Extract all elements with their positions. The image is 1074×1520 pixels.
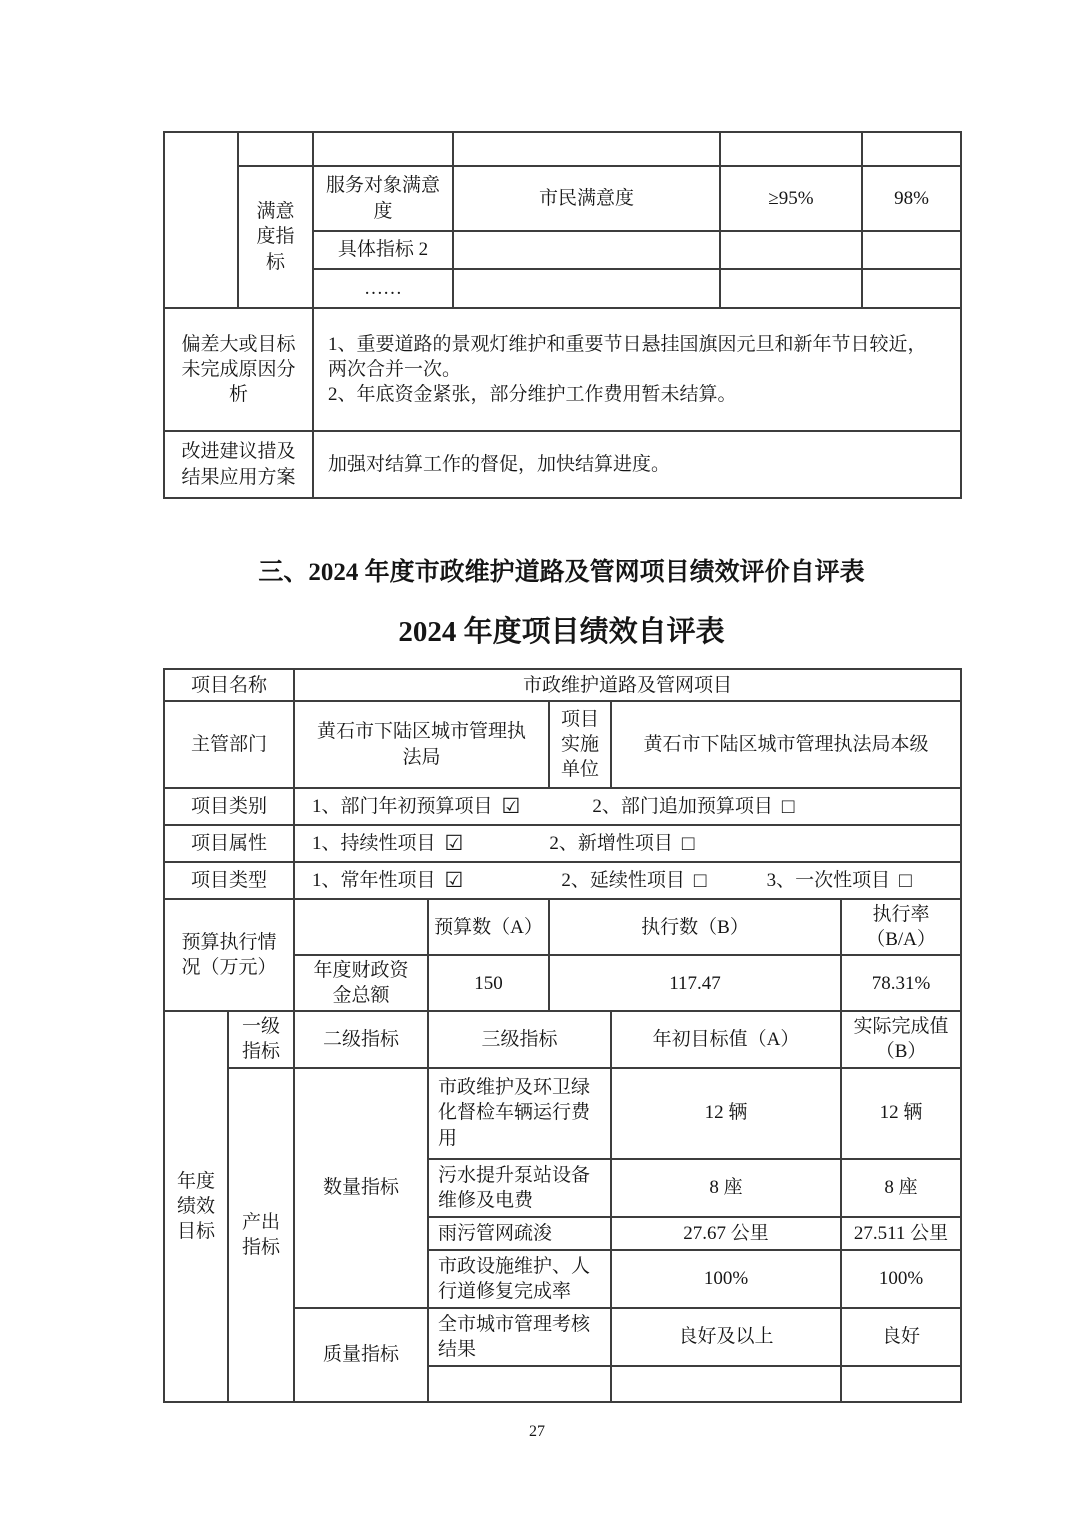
section-title: 三、2024 年度市政维护道路及管网项目绩效评价自评表 <box>163 555 960 590</box>
indicator-actual-cell <box>841 1366 961 1402</box>
indicator-name-cell: 服务对象满意度 <box>313 166 453 231</box>
type-label: 项目类型 <box>164 862 294 899</box>
unchecked-checkbox-icon: □ <box>782 796 795 817</box>
impl-unit-value: 黄石市下陆区城市管理执法局本级 <box>611 701 961 788</box>
attribute-option-1: 1、持续性项目☑ <box>312 831 463 856</box>
empty-cell <box>313 132 453 166</box>
indicator-actual-cell: 98% <box>862 166 961 231</box>
attribute-option-2: 2、新增性项目□ <box>549 831 694 856</box>
indicator-target-cell <box>720 231 862 269</box>
row-indicator-header: 年度绩效目标 一级指标 二级指标 三级指标 年初目标值（A） 实际完成值 （B） <box>164 1011 961 1067</box>
table-row-satisfaction: 满意度指标 服务对象满意度 市民满意度 ≥95% 98% <box>164 166 961 231</box>
indicator-actual-cell: 8 座 <box>841 1159 961 1217</box>
actual-header-line1: 实际完成值 <box>846 1014 956 1039</box>
row-budget-header: 预算执行情况（万元） 预算数（A） 执行数（B） 执行率 （B/A） <box>164 899 961 955</box>
level2-header: 二级指标 <box>294 1011 428 1067</box>
indicator-target-cell: 100% <box>611 1250 841 1308</box>
option-text: 2、延续性项目 <box>561 868 685 893</box>
indicator-detail-cell <box>453 231 720 269</box>
rate-header-line2: （B/A） <box>846 927 956 952</box>
type-option-1: 1、常年性项目☑ <box>312 868 463 893</box>
indicator-target-cell: 27.67 公里 <box>611 1217 841 1250</box>
indicator-name-cell: 市政设施维护、人行道修复完成率 <box>428 1250 611 1308</box>
option-text: 1、部门年初预算项目 <box>312 794 493 819</box>
satisfaction-table: 满意度指标 服务对象满意度 市民满意度 ≥95% 98% 具体指标 2 …… 偏… <box>163 131 962 499</box>
indicator-actual-cell: 12 辆 <box>841 1068 961 1159</box>
annual-fund-label: 年度财政资金总额 <box>294 955 428 1011</box>
budget-value: 150 <box>428 955 549 1011</box>
indicator-name-cell <box>428 1366 611 1402</box>
checked-checkbox-icon: ☑ <box>445 833 464 854</box>
table-row <box>164 132 961 166</box>
budget-section-label: 预算执行情况（万元） <box>164 899 294 1011</box>
indicator-detail-cell: 市民满意度 <box>453 166 720 231</box>
budget-col-header: 预算数（A） <box>428 899 549 955</box>
row-type: 项目类型 1、常年性项目☑ 2、延续性项目□ 3、一次性项目□ <box>164 862 961 899</box>
category-option-2: 2、部门追加预算项目□ <box>592 794 794 819</box>
unchecked-checkbox-icon: □ <box>682 833 695 854</box>
type-option-3: 3、一次性项目□ <box>767 868 912 893</box>
project-name-value: 市政维护道路及管网项目 <box>294 669 961 701</box>
category-options: 1、部门年初预算项目☑ 2、部门追加预算项目□ <box>294 788 961 825</box>
rate-value: 78.31% <box>841 955 961 1011</box>
attribute-options: 1、持续性项目☑ 2、新增性项目□ <box>294 825 961 862</box>
deviation-content: 1、重要道路的景观灯维护和重要节日悬挂国旗因元旦和新年节日较近，两次合并一次。 … <box>313 308 961 431</box>
indicator-name-cell: 具体指标 2 <box>313 231 453 269</box>
exec-col-header: 执行数（B） <box>549 899 841 955</box>
empty-group-cell <box>164 132 238 308</box>
empty-cell <box>453 132 720 166</box>
deviation-label: 偏差大或目标未完成原因分析 <box>164 308 313 431</box>
unchecked-checkbox-icon: □ <box>694 870 707 891</box>
unchecked-checkbox-icon: □ <box>899 870 912 891</box>
option-text: 3、一次性项目 <box>767 868 891 893</box>
self-evaluation-table: 项目名称 市政维护道路及管网项目 主管部门 黄石市下陆区城市管理执法局 项目实施… <box>163 668 962 1403</box>
annual-goal-label: 年度绩效目标 <box>164 1011 228 1402</box>
improvement-content: 加强对结算工作的督促，加快结算进度。 <box>313 431 961 498</box>
level1-value: 产出指标 <box>228 1068 294 1403</box>
indicator-target-cell <box>720 269 862 308</box>
improvement-label: 改进建议措及结果应用方案 <box>164 431 313 498</box>
indicator-name-cell: 市政维护及环卫绿化督检车辆运行费用 <box>428 1068 611 1159</box>
attribute-label: 项目属性 <box>164 825 294 862</box>
indicator-name-cell: 污水提升泵站设备维修及电费 <box>428 1159 611 1217</box>
rate-header-line1: 执行率 <box>846 902 956 927</box>
table-row-deviation: 偏差大或目标未完成原因分析 1、重要道路的景观灯维护和重要节日悬挂国旗因元旦和新… <box>164 308 961 431</box>
empty-cell <box>862 132 961 166</box>
empty-cell <box>238 132 313 166</box>
indicator-target-cell: 12 辆 <box>611 1068 841 1159</box>
deviation-line1: 1、重要道路的景观灯维护和重要节日悬挂国旗因元旦和新年节日较近，两次合并一次。 <box>328 332 944 382</box>
target-header: 年初目标值（A） <box>611 1011 841 1067</box>
option-text: 2、部门追加预算项目 <box>592 794 773 819</box>
actual-header: 实际完成值 （B） <box>841 1011 961 1067</box>
checked-checkbox-icon: ☑ <box>502 796 521 817</box>
quality-indicator-label: 质量指标 <box>294 1308 428 1402</box>
empty-cell <box>720 132 862 166</box>
row-indicator-1: 产出指标 数量指标 市政维护及环卫绿化督检车辆运行费用 12 辆 12 辆 <box>164 1068 961 1159</box>
indicator-name-cell: …… <box>313 269 453 308</box>
exec-value: 117.47 <box>549 955 841 1011</box>
indicator-detail-cell <box>453 269 720 308</box>
option-text: 1、常年性项目 <box>312 868 436 893</box>
table-title: 2024 年度项目绩效自评表 <box>163 611 960 653</box>
indicator-actual-cell <box>862 269 961 308</box>
level1-header: 一级指标 <box>228 1011 294 1067</box>
indicator-actual-cell: 良好 <box>841 1308 961 1366</box>
level3-header: 三级指标 <box>428 1011 611 1067</box>
checked-checkbox-icon: ☑ <box>445 870 464 891</box>
actual-header-line2: （B） <box>846 1039 956 1064</box>
indicator-name-cell: 雨污管网疏浚 <box>428 1217 611 1250</box>
rate-col-header: 执行率 （B/A） <box>841 899 961 955</box>
row-category: 项目类别 1、部门年初预算项目☑ 2、部门追加预算项目□ <box>164 788 961 825</box>
category-label: 项目类别 <box>164 788 294 825</box>
indicator-target-cell: 8 座 <box>611 1159 841 1217</box>
department-label: 主管部门 <box>164 701 294 788</box>
quantity-indicator-label: 数量指标 <box>294 1068 428 1308</box>
project-name-label: 项目名称 <box>164 669 294 701</box>
indicator-target-cell: 良好及以上 <box>611 1308 841 1366</box>
indicator-actual-cell: 100% <box>841 1250 961 1308</box>
option-text: 1、持续性项目 <box>312 831 436 856</box>
empty-cell <box>294 899 428 955</box>
indicator-actual-cell: 27.511 公里 <box>841 1217 961 1250</box>
type-option-2: 2、延续性项目□ <box>561 868 706 893</box>
department-value: 黄石市下陆区城市管理执法局 <box>294 701 549 788</box>
page-number: 27 <box>0 1423 1074 1441</box>
indicator-actual-cell <box>862 231 961 269</box>
option-text: 2、新增性项目 <box>549 831 673 856</box>
row-attribute: 项目属性 1、持续性项目☑ 2、新增性项目□ <box>164 825 961 862</box>
type-options: 1、常年性项目☑ 2、延续性项目□ 3、一次性项目□ <box>294 862 961 899</box>
row-department: 主管部门 黄石市下陆区城市管理执法局 项目实施单位 黄石市下陆区城市管理执法局本… <box>164 701 961 788</box>
indicator-target-cell <box>611 1366 841 1402</box>
indicator-name-cell: 全市城市管理考核结果 <box>428 1308 611 1366</box>
impl-unit-label: 项目实施单位 <box>549 701 611 788</box>
indicator-target-cell: ≥95% <box>720 166 862 231</box>
deviation-line2: 2、年底资金紧张，部分维护工作费用暂未结算。 <box>328 382 944 407</box>
table-row-improvement: 改进建议措及结果应用方案 加强对结算工作的督促，加快结算进度。 <box>164 431 961 498</box>
row-project-name: 项目名称 市政维护道路及管网项目 <box>164 669 961 701</box>
category-option-1: 1、部门年初预算项目☑ <box>312 794 520 819</box>
satisfaction-group-label: 满意度指标 <box>238 166 313 308</box>
